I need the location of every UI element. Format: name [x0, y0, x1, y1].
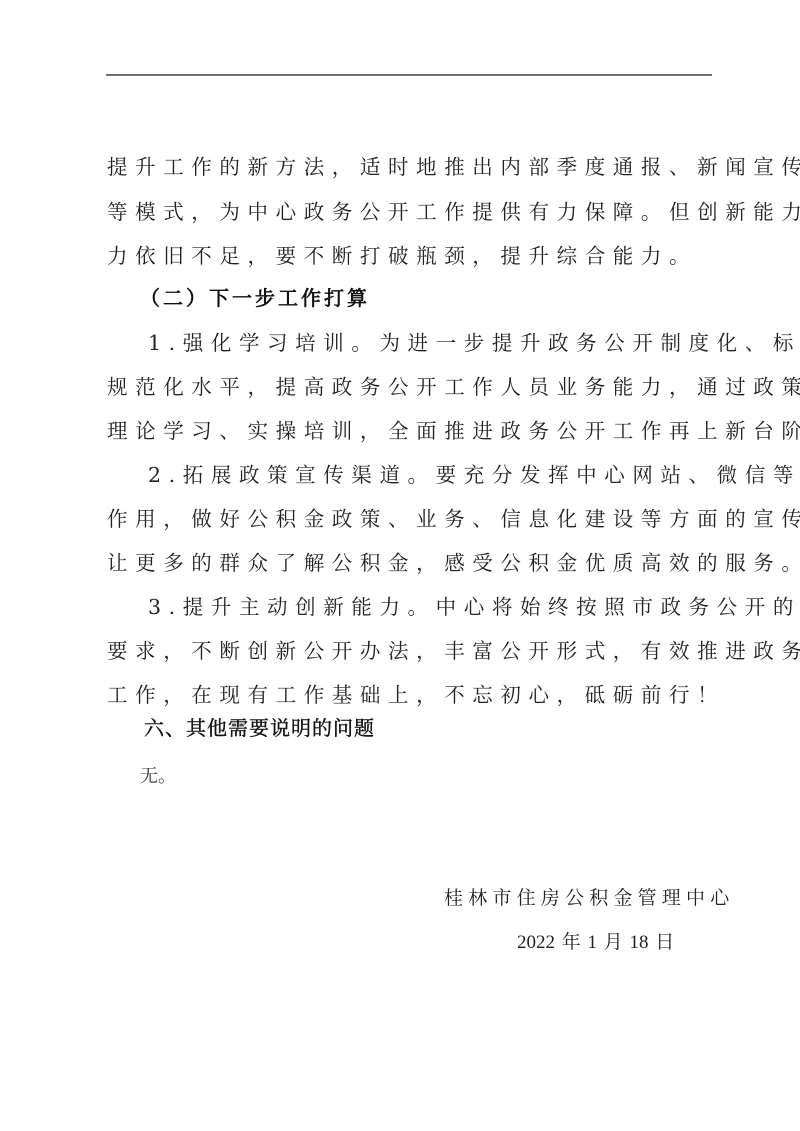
paragraph-line: 等模式，为中心政务公开工作提供有力保障。但创新能力和动 [107, 197, 800, 227]
section-heading-next-steps: （二）下一步工作打算 [140, 283, 370, 313]
signature-date: 2022 年 1 月 18 日 [517, 928, 674, 958]
section-heading-other-issues: 六、其他需要说明的问题 [144, 713, 375, 743]
list-item-1-line: 1.强化学习培训。为进一步提升政务公开制度化、标准化、 [148, 328, 800, 358]
list-item-3-line: 工作，在现有工作基础上，不忘初心，砥砺前行！ [107, 680, 725, 710]
list-item-1-line: 理论学习、实操培训，全面推进政务公开工作再上新台阶。 [107, 416, 800, 446]
list-item-3-line: 要求，不断创新公开办法，丰富公开形式，有效推进政务公开 [107, 636, 800, 666]
list-item-1-line: 规范化水平，提高政务公开工作人员业务能力，通过政策学习、 [107, 372, 800, 402]
list-item-2-line: 2.拓展政策宣传渠道。要充分发挥中心网站、微信等媒体 [148, 460, 800, 490]
list-item-2-line: 作用，做好公积金政策、业务、信息化建设等方面的宣传工作， [107, 504, 800, 534]
paragraph-line: 提升工作的新方法，适时地推出内部季度通报、新闻宣传约稿 [107, 152, 800, 182]
paragraph-line: 力依旧不足，要不断打破瓶颈，提升综合能力。 [107, 241, 697, 271]
header-rule [106, 74, 712, 76]
list-item-3-line: 3.提升主动创新能力。中心将始终按照市政务公开的工作 [148, 592, 800, 622]
section-body-none: 无。 [140, 763, 176, 791]
signature-organization: 桂林市住房公积金管理中心 [444, 883, 734, 913]
list-item-2-line: 让更多的群众了解公积金，感受公积金优质高效的服务。 [107, 548, 800, 578]
